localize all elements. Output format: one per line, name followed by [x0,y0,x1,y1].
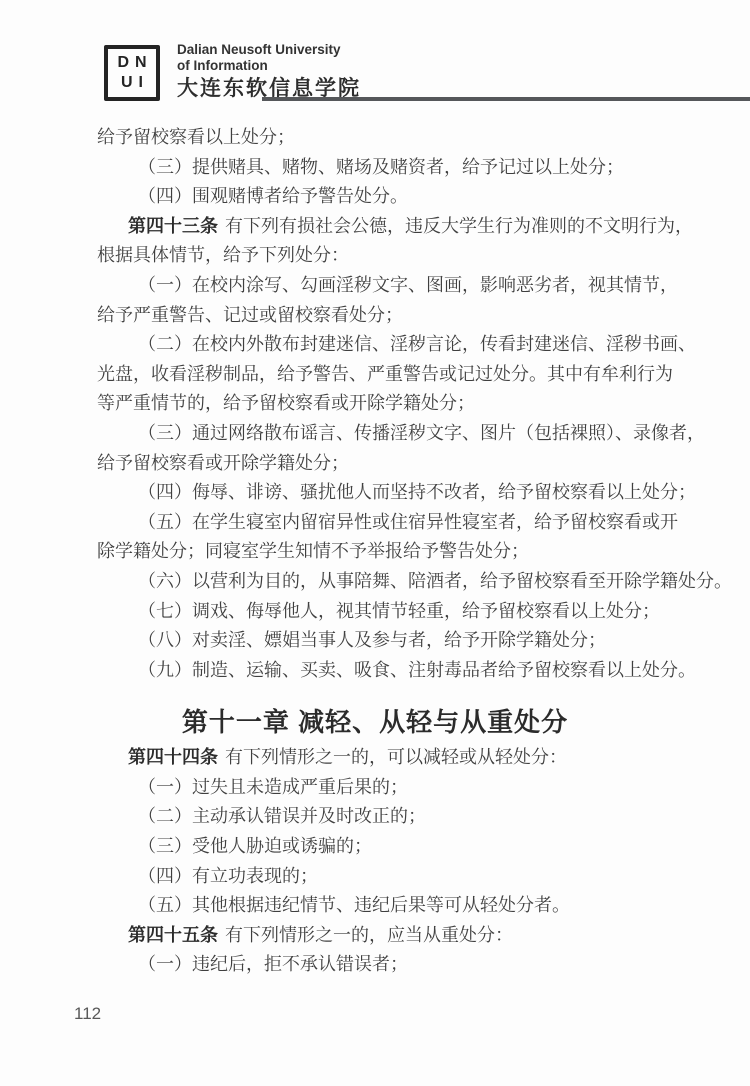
body-line: （三）受他人胁迫或诱骗的； [0,832,750,862]
body-line: 光盘，收看淫秽制品，给予警告、严重警告或记过处分。其中有牟利行为 [0,360,750,390]
body-line: （四）有立功表现的； [0,862,750,892]
article-number: 第四十五条 [128,925,218,945]
body-line: （四）侮辱、诽谤、骚扰他人而坚持不改者，给予留校察看以上处分； [0,478,750,508]
body-line: （三）通过网络散布谣言、传播淫秽文字、图片（包括裸照）、录像者， [0,419,750,449]
university-name-en-line1: Dalian Neusoft University [177,42,361,58]
university-name-block: Dalian Neusoft University of Information… [177,42,361,101]
body-line: （六）以营利为目的，从事陪舞、陪酒者，给予留校察看至开除学籍处分。 [0,567,750,597]
document-page: DN UI Dalian Neusoft University of Infor… [0,0,750,1086]
body-line: 根据具体情节，给予下列处分： [0,241,750,271]
body-line: （四）围观赌博者给予警告处分。 [0,182,750,212]
body-line: 给予留校察看或开除学籍处分； [0,449,750,479]
article-number: 第四十四条 [128,747,218,767]
article-number: 第四十三条 [128,216,218,236]
university-name-en-line2: of Information [177,58,361,74]
body-line: （一）在校内涂写、勾画淫秽文字、图画，影响恶劣者，视其情节， [0,271,750,301]
logo-letters-bottom: UI [108,73,156,93]
body-line: （七）调戏、侮辱他人，视其情节轻重，给予留校察看以上处分； [0,597,750,627]
logo-letters-top: DN [108,53,156,73]
university-logo-icon: DN UI [104,45,160,101]
body-line: （三）提供赌具、赌物、赌场及赌资者，给予记过以上处分； [0,153,750,183]
article-line: 第四十三条有下列有损社会公德，违反大学生行为准则的不文明行为， [0,212,750,242]
body-line: （五）在学生寝室内留宿异性或住宿异性寝室者，给予留校察看或开 [0,508,750,538]
document-body: 给予留校察看以上处分；（三）提供赌具、赌物、赌场及赌资者，给予记过以上处分；（四… [0,123,750,980]
chapter-heading: 第十一章 减轻、从轻与从重处分 [0,685,750,743]
article-line: 第四十四条有下列情形之一的，可以减轻或从轻处分： [0,743,750,773]
body-line: 给予严重警告、记过或留校察看处分； [0,301,750,331]
body-line: 给予留校察看以上处分； [0,123,750,153]
body-line: 等严重情节的，给予留校察看或开除学籍处分； [0,389,750,419]
body-line: （五）其他根据违纪情节、违纪后果等可从轻处分者。 [0,891,750,921]
page-number: 112 [74,1003,101,1025]
body-line: （一）过失且未造成严重后果的； [0,773,750,803]
header-divider [262,97,750,101]
body-line: （一）违纪后，拒不承认错误者； [0,950,750,980]
body-line: 除学籍处分；同寝室学生知情不予举报给予警告处分； [0,537,750,567]
body-line: （九）制造、运输、买卖、吸食、注射毒品者给予留校察看以上处分。 [0,656,750,686]
body-line: （二）在校内外散布封建迷信、淫秽言论，传看封建迷信、淫秽书画、 [0,330,750,360]
article-line: 第四十五条有下列情形之一的，应当从重处分： [0,921,750,951]
body-line: （二）主动承认错误并及时改正的； [0,802,750,832]
body-line: （八）对卖淫、嫖娼当事人及参与者，给予开除学籍处分； [0,626,750,656]
